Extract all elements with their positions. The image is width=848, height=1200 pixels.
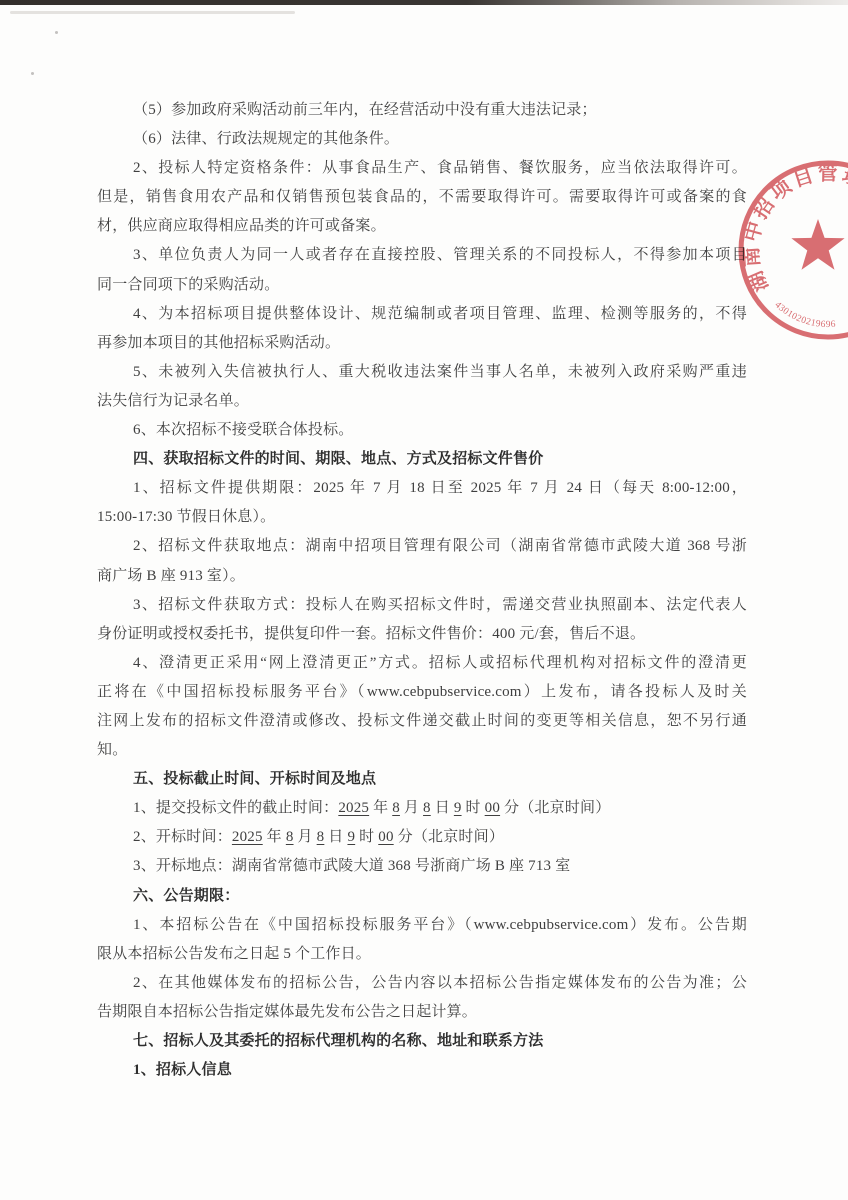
document-page: （5）参加政府采购活动前三年内，在经营活动中没有重大违法记录；（6）法律、行政法… [0,0,848,1200]
document-body: （5）参加政府采购活动前三年内，在经营活动中没有重大违法记录；（6）法律、行政法… [97,96,747,1085]
text-line: 1、招标文件提供期限：2025 年 7 月 18 日至 2025 年 7 月 2… [97,474,747,503]
text-line: 6、本次招标不接受联合体投标。 [97,416,747,445]
text-line: 商广场 B 座 913 室）。 [97,562,747,591]
bidder-info-heading: 1、招标人信息 [97,1056,747,1085]
text-line: 5、未被列入失信被执行人、重大税收违法案件当事人名单，未被列入政府采购严重违 [97,358,747,387]
text-line: 3、招标文件获取方式：投标人在购买招标文件时，需递交营业执照副本、法定代表人 [97,591,747,620]
text-line: 告期限自本招标公告指定媒体最先发布公告之日起计算。 [97,998,747,1027]
seal-arc-text: 湖南中招项目管理有限公司 [739,161,848,296]
text-line: （5）参加政府采购活动前三年内，在经营活动中没有重大违法记录； [97,96,747,125]
text-line: 同一合同项下的采购活动。 [97,271,747,300]
scan-smudge [10,11,295,14]
text-line: 2、投标人特定资格条件：从事食品生产、食品销售、餐饮服务，应当依法取得许可。 [97,154,747,183]
text-line: 1、本招标公告在《中国招标投标服务平台》（www.cebpubservice.c… [97,911,747,940]
section-4-heading: 四、获取招标文件的时间、期限、地点、方式及招标文件售价 [97,445,747,474]
section-7-heading: 七、招标人及其委托的招标代理机构的名称、地址和联系方法 [97,1027,747,1056]
text-line: 知。 [97,736,747,765]
text-line: 但是，销售食用农产品和仅销售预包装食品的，不需要取得许可。需要取得许可或备案的食 [97,183,747,212]
section-6-heading: 六、公告期限： [97,882,747,911]
text-line: 3、单位负责人为同一人或者存在直接控股、管理关系的不同投标人，不得参加本项目 [97,241,747,270]
bid-deadline-line: 1、提交投标文件的截止时间：2025 年 8 月 8 日 9 时 00 分（北京… [97,794,747,823]
text-line: 2、招标文件获取地点：湖南中招项目管理有限公司（湖南省常德市武陵大道 368 号… [97,532,747,561]
text-line: 4、为本招标项目提供整体设计、规范编制或者项目管理、监理、检测等服务的，不得 [97,300,747,329]
text-line: 材，供应商应取得相应品类的许可或备案。 [97,212,747,241]
text-line: 再参加本项目的其他招标采购活动。 [97,329,747,358]
seal-star-icon [791,219,844,270]
text-line: 正将在《中国招标投标服务平台》（www.cebpubservice.com）上发… [97,678,747,707]
scan-speck [55,31,58,34]
scan-speck [31,72,34,75]
text-line: 身份证明或授权委托书，提供复印件一套。招标文件售价：400 元/套，售后不退。 [97,620,747,649]
company-seal-stamp: 湖南中招项目管理有限公司 4301020219696 [728,146,848,358]
text-line: 2、在其他媒体发布的招标公告，公告内容以本招标公告指定媒体发布的公告为准；公 [97,969,747,998]
section-5-heading: 五、投标截止时间、开标时间及地点 [97,765,747,794]
text-line: （6）法律、行政法规规定的其他条件。 [97,125,747,154]
text-line: 4、澄清更正采用“网上澄清更正”方式。招标人或招标代理机构对招标文件的澄清更 [97,649,747,678]
bid-opening-time-line: 2、开标时间：2025 年 8 月 8 日 9 时 00 分（北京时间） [97,823,747,852]
text-line: 限从本招标公告发布之日起 5 个工作日。 [97,940,747,969]
scan-edge-artifact [0,0,848,5]
text-line: 法失信行为记录名单。 [97,387,747,416]
text-line: 15:00-17:30 节假日休息）。 [97,503,747,532]
text-line: 注网上发布的招标文件澄清或修改、投标文件递交截止时间的变更等相关信息，恕不另行通 [97,707,747,736]
bid-opening-place-line: 3、开标地点：湖南省常德市武陵大道 368 号浙商广场 B 座 713 室 [97,852,747,881]
